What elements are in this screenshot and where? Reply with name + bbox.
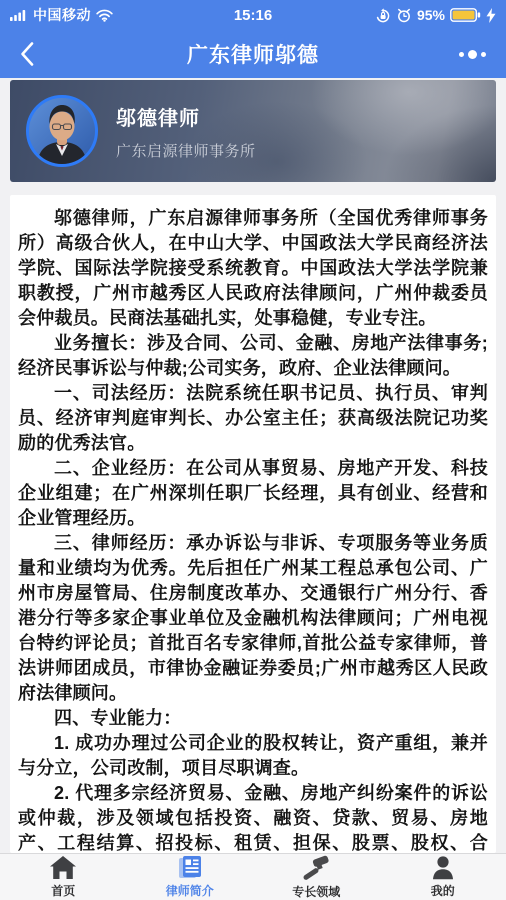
lawyer-name: 邬德律师	[116, 102, 256, 131]
home-icon	[49, 855, 77, 880]
alarm-icon	[396, 8, 412, 23]
bio-paragraph: 业务擅长：涉及合同、公司、金融、房地产法律事务;经济民事诉讼与仲裁;公司实务，政…	[18, 331, 488, 381]
more-menu-button[interactable]	[453, 30, 492, 78]
bio-paragraph: 1. 成功办理过公司企业的股权转让，资产重组，兼并与分立，公司改制，项目尽职调查…	[18, 731, 488, 781]
tab-lawyer-profile[interactable]: 律师简介	[127, 854, 254, 900]
bio-paragraph: 三、律师经历：承办诉讼与非诉、专项服务等业务质量和业绩均为优秀。先后担任广州某工…	[18, 531, 488, 706]
bio-paragraph: 一、司法经历：法院系统任职书记员、执行员、审判员、经济审判庭审判长、办公室主任；…	[18, 381, 488, 456]
back-button[interactable]	[12, 30, 42, 78]
nav-bar: 广东律师邬德	[0, 30, 506, 78]
ellipsis-icon	[481, 52, 486, 57]
carrier-label: 中国移动	[33, 5, 91, 25]
battery-icon	[450, 8, 481, 22]
document-icon	[176, 855, 204, 880]
biography-card: 邬德律师，广东启源律师事务所（全国优秀律师事务所）高级合伙人，在中山大学、中国政…	[10, 195, 496, 853]
battery-percent-label: 95%	[417, 7, 445, 23]
wifi-icon	[96, 9, 113, 22]
status-bar: 中国移动 15:16 95%	[0, 0, 506, 30]
page-title: 广东律师邬德	[187, 39, 319, 69]
bio-paragraph: 二、企业经历：在公司从事贸易、房地产开发、科技企业组建；在广州深圳任职厂长经理，…	[18, 456, 488, 531]
app-screen: 中国移动 15:16 95%	[0, 0, 506, 900]
gavel-icon	[301, 855, 331, 881]
lawyer-profile-card: 邬德律师 广东启源律师事务所	[10, 80, 496, 182]
bio-paragraph: 2. 代理多宗经济贸易、金融、房地产纠纷案件的诉讼或仲裁，涉及领域包括投资、融资…	[18, 781, 488, 853]
tab-label: 首页	[51, 882, 75, 899]
lawyer-portrait-icon	[29, 98, 95, 164]
law-firm-name: 广东启源律师事务所	[116, 140, 256, 161]
status-right-group: 95%	[375, 7, 496, 23]
signal-icon	[10, 9, 28, 21]
orientation-lock-icon	[375, 8, 391, 23]
bio-paragraph: 四、专业能力：	[18, 706, 488, 731]
tab-bar: 首页 律师简介 专长领域	[0, 853, 506, 900]
chevron-left-icon	[20, 41, 34, 67]
ellipsis-icon	[468, 50, 477, 59]
page-body: 邬德律师 广东启源律师事务所 邬德律师，广东启源律师事务所（全国优秀律师事务所）…	[0, 78, 506, 853]
bio-paragraph: 邬德律师，广东启源律师事务所（全国优秀律师事务所）高级合伙人，在中山大学、中国政…	[18, 206, 488, 331]
status-left-group: 中国移动	[10, 5, 113, 25]
avatar	[26, 95, 98, 167]
tab-specialty-areas[interactable]: 专长领域	[253, 854, 380, 900]
tab-label: 我的	[431, 882, 455, 899]
tab-home[interactable]: 首页	[0, 854, 127, 900]
user-icon	[430, 855, 456, 880]
profile-info: 邬德律师 广东启源律师事务所	[116, 102, 256, 161]
charging-bolt-icon	[486, 8, 496, 23]
tab-label: 专长领域	[292, 883, 340, 900]
ellipsis-icon	[459, 52, 464, 57]
tab-label: 律师简介	[166, 882, 214, 899]
tab-mine[interactable]: 我的	[380, 854, 506, 900]
